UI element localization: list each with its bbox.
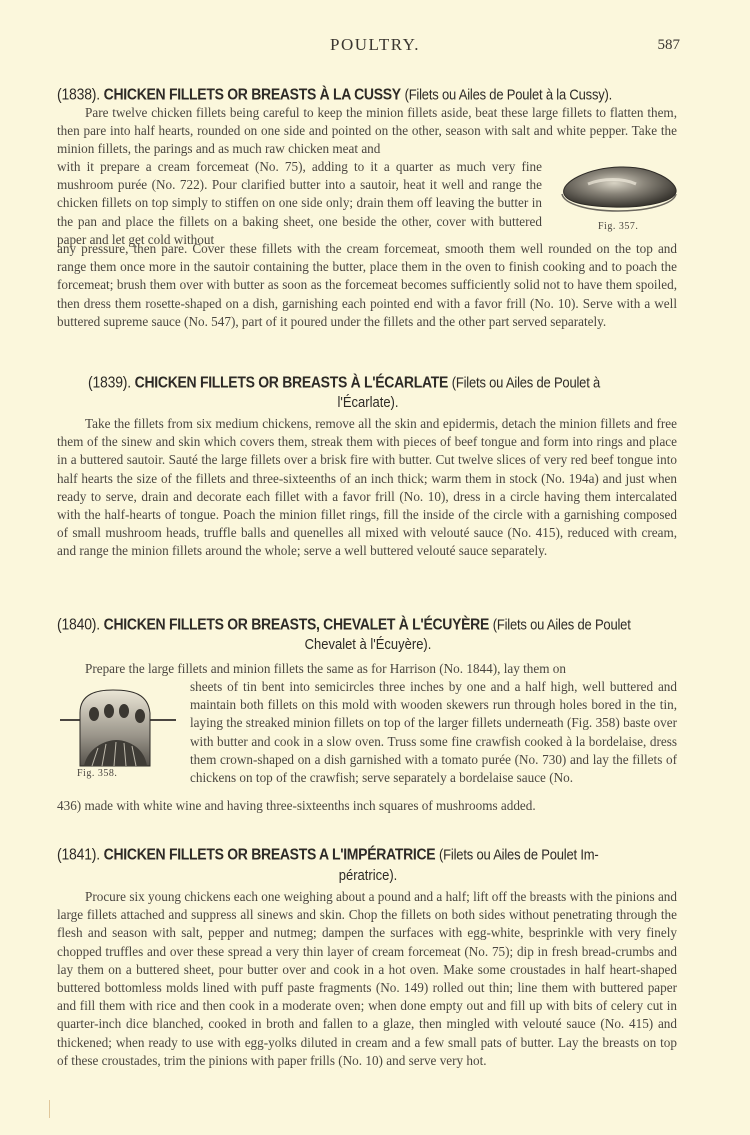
- recipe-heading: CHICKEN FILLETS OR BREASTS À L'ÉCARLATE: [135, 372, 448, 390]
- recipe-french-name: (Filets ou Ailes de Poulet à: [452, 373, 600, 390]
- recipe-body-1838-b: with it prepare a cream forcemeat (No. 7…: [57, 158, 542, 249]
- figure-358-illustration: [58, 688, 178, 768]
- recipe-body-1840-b: sheets of tin bent into semicircles thre…: [190, 678, 677, 787]
- recipe-french-name-cont-1840: Chevalet à l'Écuyère).: [57, 635, 679, 652]
- figure-357-illustration: [558, 164, 683, 214]
- recipe-body-1840-c: 436) made with white wine and having thr…: [57, 797, 677, 815]
- recipe-heading: CHICKEN FILLETS OR BREASTS A L'IMPÉRATRI…: [104, 844, 436, 862]
- recipe-number: (1840).: [57, 614, 100, 632]
- recipe-number: (1841).: [57, 844, 100, 862]
- recipe-body-1838-c: any pressure, then pare. Cover these fil…: [57, 240, 677, 331]
- recipe-heading: CHICKEN FILLETS OR BREASTS, CHEVALET À L…: [104, 614, 489, 632]
- recipe-french-name: (Filets ou Ailes de Poulet à la Cussy).: [405, 85, 613, 102]
- recipe-french-name-cont-1839: l'Écarlate).: [57, 393, 679, 410]
- recipe-title-1838: (1838). CHICKEN FILLETS OR BREASTS À LA …: [57, 82, 679, 106]
- figure-358-caption: Fig. 358.: [77, 768, 117, 779]
- recipe-number: (1838).: [57, 84, 100, 102]
- recipe-title-1840: (1840). CHICKEN FILLETS OR BREASTS, CHEV…: [57, 612, 679, 636]
- running-head: POULTRY.: [0, 35, 750, 55]
- figure-357-caption: Fig. 357.: [598, 221, 638, 232]
- book-page: POULTRY. 587 (1838). CHICKEN FILLETS OR …: [0, 0, 750, 1135]
- recipe-french-name: (Filets ou Ailes de Poulet: [493, 615, 631, 632]
- recipe-french-name-cont-1841: pératrice).: [57, 866, 679, 883]
- recipe-body-1841: Procure six young chickens each one weig…: [57, 888, 677, 1070]
- recipe-body-1839: Take the fillets from six medium chicken…: [57, 415, 677, 561]
- recipe-number: (1839).: [88, 372, 131, 390]
- page-number: 587: [658, 37, 681, 54]
- recipe-french-name: (Filets ou Ailes de Poulet Im-: [439, 845, 598, 862]
- recipe-title-1839: (1839). CHICKEN FILLETS OR BREASTS À L'É…: [88, 370, 648, 394]
- page-margin-mark: [49, 1100, 50, 1118]
- recipe-title-1841: (1841). CHICKEN FILLETS OR BREASTS A L'I…: [57, 842, 679, 866]
- recipe-body-1838-a: Pare twelve chicken fillets being carefu…: [57, 104, 677, 159]
- recipe-body-1840-a: Prepare the large fillets and minion fil…: [57, 660, 677, 678]
- recipe-heading: CHICKEN FILLETS OR BREASTS À LA CUSSY: [104, 84, 401, 102]
